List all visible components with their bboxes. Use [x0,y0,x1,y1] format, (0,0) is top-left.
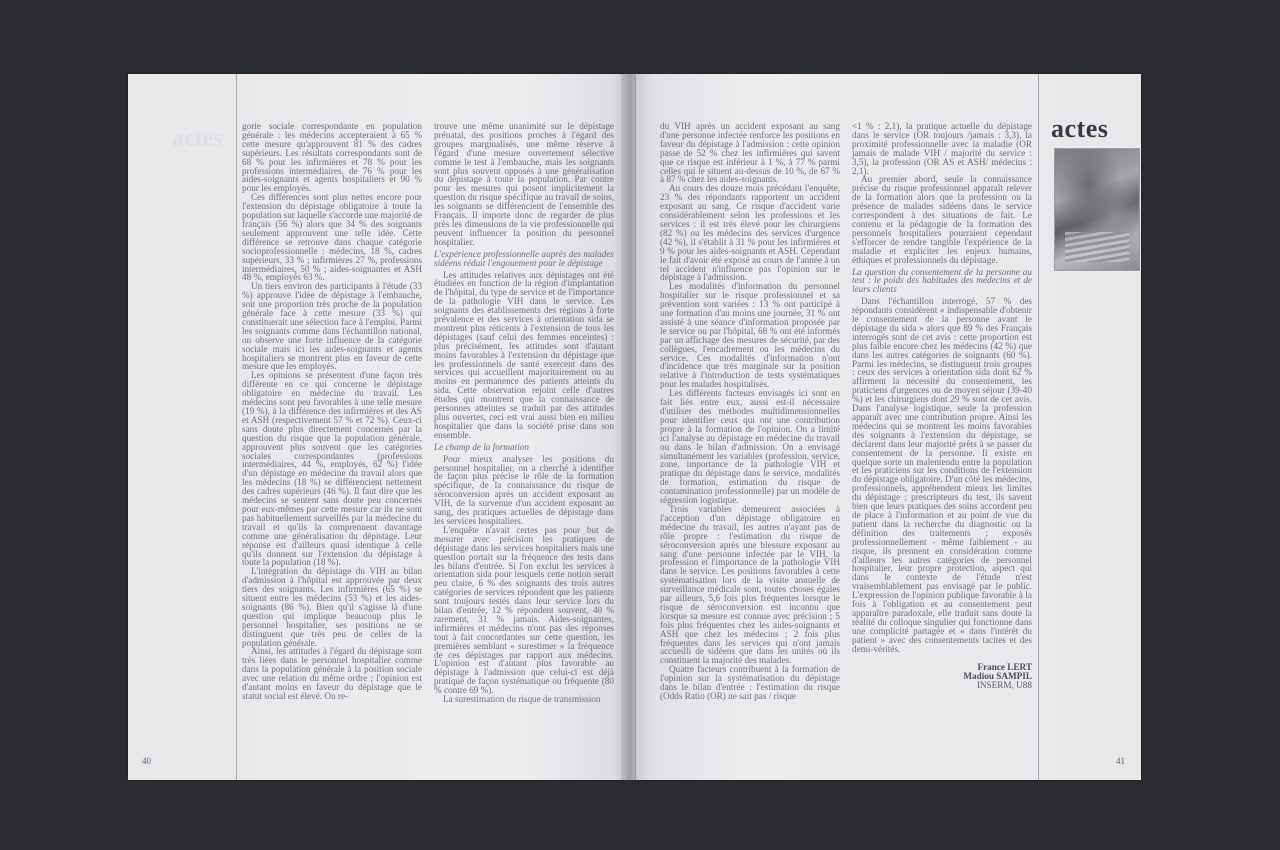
paragraph: Un tiers environ des participants à l'ét… [242,282,422,371]
paragraph: Dans l'échantillon interrogé, 57 % des r… [852,297,1032,653]
right-page-column-2-body: <1 % : 2,1), la pratique actuelle du dép… [852,122,1032,653]
subheading: Le champ de la formation [434,443,614,452]
right-page: du VIH après un accident exposant au san… [636,74,1141,780]
page-number-left: 40 [142,756,151,766]
paragraph: Au cours des douze mois précédant l'enqu… [660,184,840,282]
paragraph: L'enquête n'avait certes pas pour but de… [434,526,614,695]
paragraph: du VIH après un accident exposant au san… [660,122,840,184]
page-number-right: 41 [1116,756,1125,766]
paragraph: Ces différences sont plus nettes encore … [242,193,422,282]
paragraph: Trois variables demeurent associées à l'… [660,505,840,665]
paragraph: Au premier abord, seule la connaissance … [852,175,1032,264]
section-photo-image [1054,148,1140,271]
paragraph: Les différents facteurs envisagés ici so… [660,389,840,505]
left-page-column-2: trouve une même unanimité sur le dépista… [434,122,614,704]
paragraph: Pour mieux analyser les positions du per… [434,455,614,526]
paragraph: Quatre facteurs contribuent à la formati… [660,665,840,701]
right-margin-column: actes [1038,74,1141,780]
left-page-column-1: gorie sociale correspondante en populati… [242,122,422,701]
paragraph: trouve une même unanimité sur le dépista… [434,122,614,247]
right-page-column-1: du VIH après un accident exposant au san… [660,122,840,701]
paragraph: <1 % : 2,1), la pratique actuelle du dép… [852,122,1032,175]
paragraph: gorie sociale correspondante en populati… [242,122,422,193]
left-page: actes gorie sociale correspondante en po… [128,74,624,780]
paragraph: Les modalités d'information du personnel… [660,282,840,389]
paragraph: Ainsi, les attitudes à l'égard du dépist… [242,647,422,700]
paragraph: La surestimation du risque de transmissi… [434,695,614,704]
ghost-section-title: actes [172,126,223,153]
author-signature: France LERT Madiou SAMPIL INSERM, U88 [852,663,1032,690]
author-institution: INSERM, U88 [852,681,1032,690]
magazine-spread: actes gorie sociale correspondante en po… [128,74,1141,780]
paragraph: Les opinions se présentent d'une façon t… [242,371,422,567]
subheading: L'expérience professionnelle auprès des … [434,250,614,268]
paragraph: Les attitudes relatives aux dépistages o… [434,271,614,440]
paragraph: L'intégration du dépistage du VIH au bil… [242,567,422,647]
left-margin-column: actes [136,74,237,780]
subheading: La question du consentement de la person… [852,268,1032,295]
photo-drapery [1065,232,1129,262]
right-page-column-2: <1 % : 2,1), la pratique actuelle du dép… [852,122,1032,690]
section-title-actes: actes [1051,114,1108,144]
